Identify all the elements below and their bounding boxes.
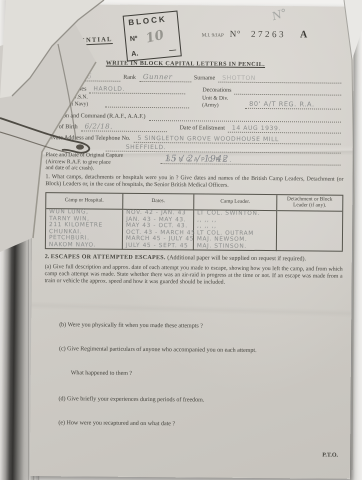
col-header-leader: Camp Leader. — [194, 194, 276, 211]
col-header-camp: Camp or Hospital. — [46, 193, 122, 210]
question-a: (a) Give full description and approx. da… — [45, 264, 343, 288]
unit-div-field: 80' A/T REG. R.A. — [245, 100, 341, 110]
confidential-marking: CONFIDENTIAL — [48, 36, 113, 47]
row-ship-unit: Ship (R.N., U.S.N. or Merchant Navy) Uni… — [46, 94, 344, 110]
section2-note: (Additional paper will be supplied on re… — [167, 255, 306, 262]
question-c2: What happened to them ? — [71, 370, 132, 377]
pto-marking: P.T.O. — [322, 453, 338, 459]
paper-crease — [31, 301, 351, 317]
capture-label: Place and Date of Original Capture (Airc… — [46, 152, 158, 172]
row-dob-enlist: Date of Birth 6/2/18. Date of Enlistment… — [46, 122, 344, 134]
surname-field: SHOTTON — [218, 74, 341, 84]
decorations-label: Decorations — [202, 87, 231, 94]
camps-table-col-detachment: Detachment or Block Leader (if any). — [277, 195, 343, 251]
camps-table-col-leader: Camp Leader. LT COL. SWINTON. ,, ,, ,, ,… — [194, 194, 277, 250]
stamp-no-label: Nº 10 — [130, 31, 175, 42]
date-of-enlistment-field: 14 AUG 1939. — [228, 124, 341, 134]
question-d: (d) Give briefly your experiences during… — [59, 396, 205, 403]
ship-label: Ship (R.N., U.S.N. or Merchant Navy) — [46, 94, 102, 107]
question-c: (c) Give Regimental particulars of anyon… — [59, 346, 257, 354]
question-b: (b) Were you physically fit when you mad… — [59, 322, 203, 329]
date-of-enlistment-label: Date of Enlistment — [180, 125, 225, 132]
no-field: 149396 — [58, 72, 120, 82]
camps-table-col-camp: Camp or Hospital. WUN LUNG, TARNY WIN, 2… — [46, 193, 123, 249]
pencil-scribble: N° — [270, 6, 288, 23]
date-of-birth-label: Date of Birth — [46, 124, 78, 131]
section1-question: 1. What camps, detachments or hospitals … — [45, 174, 343, 191]
row-squadron: Squadron and Command (R.A.F., A.A.F.) — [46, 111, 344, 123]
mi9-reference: M.I. 9/JAP — [202, 33, 224, 38]
row-capture: Place and Date of Original Capture (Airc… — [46, 152, 344, 174]
dates-cell: JULY 45 - SEPT. 45 — [123, 243, 193, 250]
stamp-letter-row: A. — — [131, 47, 176, 58]
christian-names-field: HAROLD. — [89, 84, 185, 94]
col-header-dates: Dates. — [123, 194, 193, 211]
section2-heading: 2. ESCAPES OR ATTEMPTED ESCAPES. (Additi… — [45, 254, 343, 263]
question-e: (e) How were you recaptured and on what … — [58, 420, 175, 427]
no-label: No. — [46, 74, 55, 81]
squadron-command-field — [149, 112, 342, 123]
form-paper: CONFIDENTIAL BLOCK Nº 10 A. — M.I. 9/JAP… — [30, 4, 354, 479]
ship-field — [105, 99, 189, 109]
section2-title: ESCAPES OR ATTEMPTED ESCAPES. — [51, 254, 166, 261]
stamp-block-label: BLOCK — [128, 14, 174, 27]
decorations-field — [234, 86, 341, 96]
camps-table: Camp or Hospital. WUN LUNG, TARNY WIN, 2… — [45, 192, 343, 252]
unit-div-label: Unit & Div. (Army) — [202, 95, 242, 108]
date-of-birth-field: 6/2/18. — [81, 122, 167, 132]
rank-field: Gunner — [139, 73, 191, 82]
surname-label: Surname — [194, 75, 215, 82]
rank-label: Rank — [123, 75, 136, 82]
section2-number: 2. — [45, 254, 50, 260]
camp-cell: NAKOM NAYO. — [46, 242, 122, 249]
pencil-instruction-heading: WRITE IN BLOCK CAPITAL LETTERS IN PENCIL… — [85, 60, 285, 68]
stamp-block-number-handwritten: 10 — [144, 27, 165, 46]
capture-date-handwritten: 15 / 2 / 1942 — [165, 154, 333, 165]
capture-field: S I N G A P O R E . 15 / 2 / 1942 — [161, 153, 341, 166]
col-header-detachment: Detachment or Block Leader (if any). — [277, 195, 342, 212]
camps-table-col-dates: Dates. NOV. 42 - JAN. 43 JAN. 43 - MAY 4… — [123, 194, 195, 250]
form-serial-number: Nº27263A — [230, 29, 309, 41]
christian-names-label: Christian Names — [46, 86, 86, 93]
block-number-stamp: BLOCK Nº 10 A. — — [123, 11, 182, 62]
squadron-command-label: Squadron and Command (R.A.F., A.A.F.) — [46, 113, 146, 121]
leader-cell: MAJ. STINSON. — [194, 243, 276, 250]
row-no-rank-surname: No. 149396 Rank Gunner Surname SHOTTON — [46, 72, 344, 84]
